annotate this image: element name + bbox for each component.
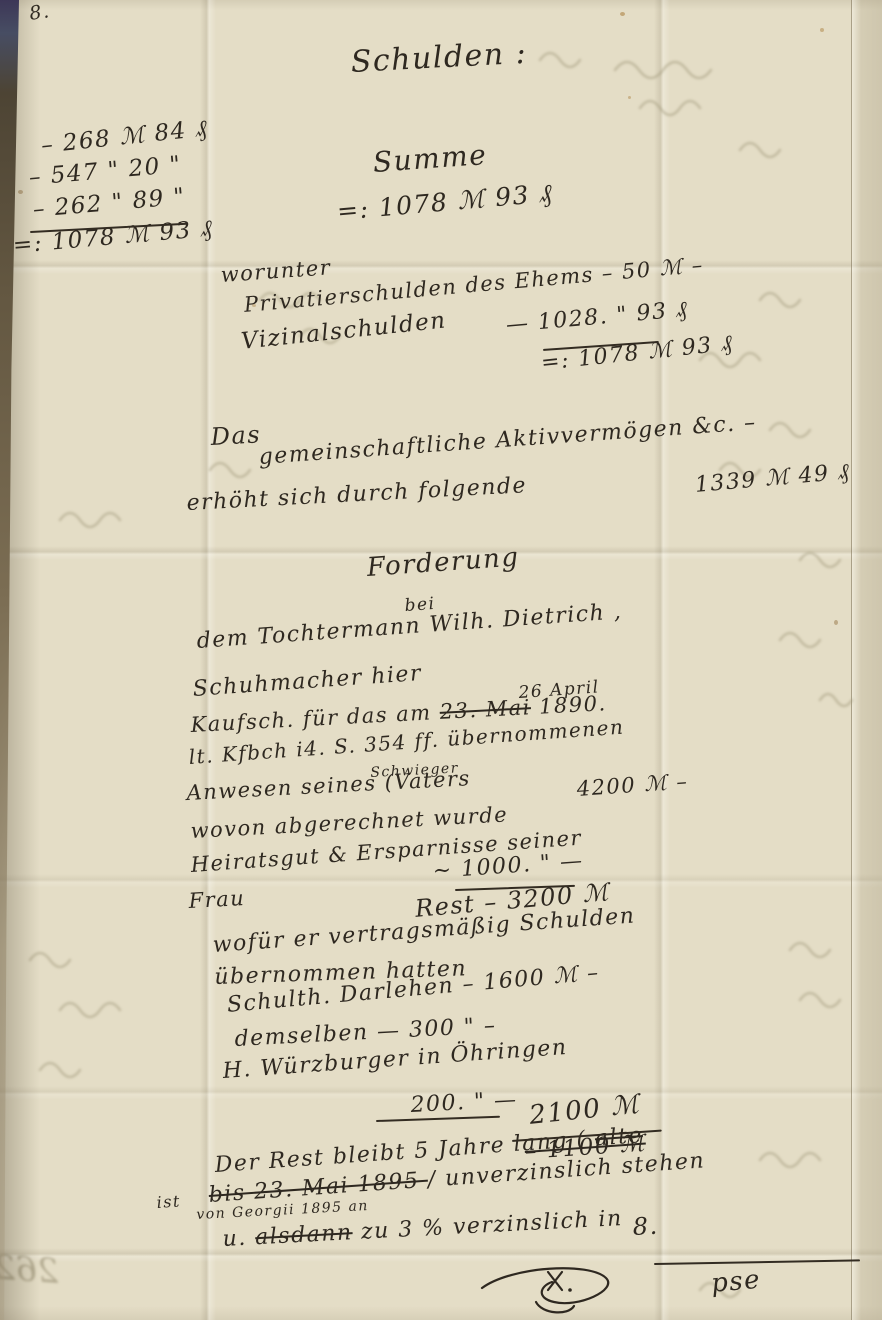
vertical-fold [654,0,670,1320]
body-line: Frau [188,887,246,913]
horizontal-fold [0,1248,882,1262]
amount-line: 4200 ℳ – [576,770,689,801]
page-number: 8. [28,1,52,25]
summe-total: =: 1078 ℳ 93 ₰ [336,179,554,225]
summe-heading: Summe [372,140,488,179]
body-line: 8. [632,1213,659,1241]
body-line: Anwesen seines (Vaters [186,767,471,805]
vertical-fold [200,0,216,1320]
margin-note: ist [156,1192,181,1211]
amount-line: 200. " — [410,1088,518,1118]
manuscript-page: 8.Schulden :– 268 ℳ 84 ₰– 547 " 20 "– 26… [0,0,882,1320]
horizontal-fold [0,260,882,274]
paraph-flourish-icon [478,1256,638,1318]
amount-line: — 1028. " 93 ₰ [505,298,689,338]
body-line: Das [210,421,262,450]
body-line: worunter [220,256,332,287]
amount-line: =: 1078 ℳ 93 ₰ [540,332,735,376]
binding-edge [0,0,19,1320]
amount-line: 1339 ℳ 49 ₰ [694,460,852,498]
title-schulden: Schulden : [350,37,528,79]
forderung-heading: Forderung [366,543,520,582]
margin-sum-1: – 268 ℳ 84 ₰ [40,116,210,159]
clerk-initials: pse [710,1266,762,1299]
body-line: Schuhmacher hier [192,662,423,702]
body-line: Vizinalschulden [240,308,448,355]
margin-sum-3: – 262 " 89 " [32,185,187,224]
body-line: gemeinschaftliche Aktivvermögen &c. – [258,411,757,470]
body-line: erhöht sich durch folgende [186,474,528,516]
page-edge [851,0,882,1320]
bleed-through-number: 262 ℳ 89 [0,1240,60,1291]
